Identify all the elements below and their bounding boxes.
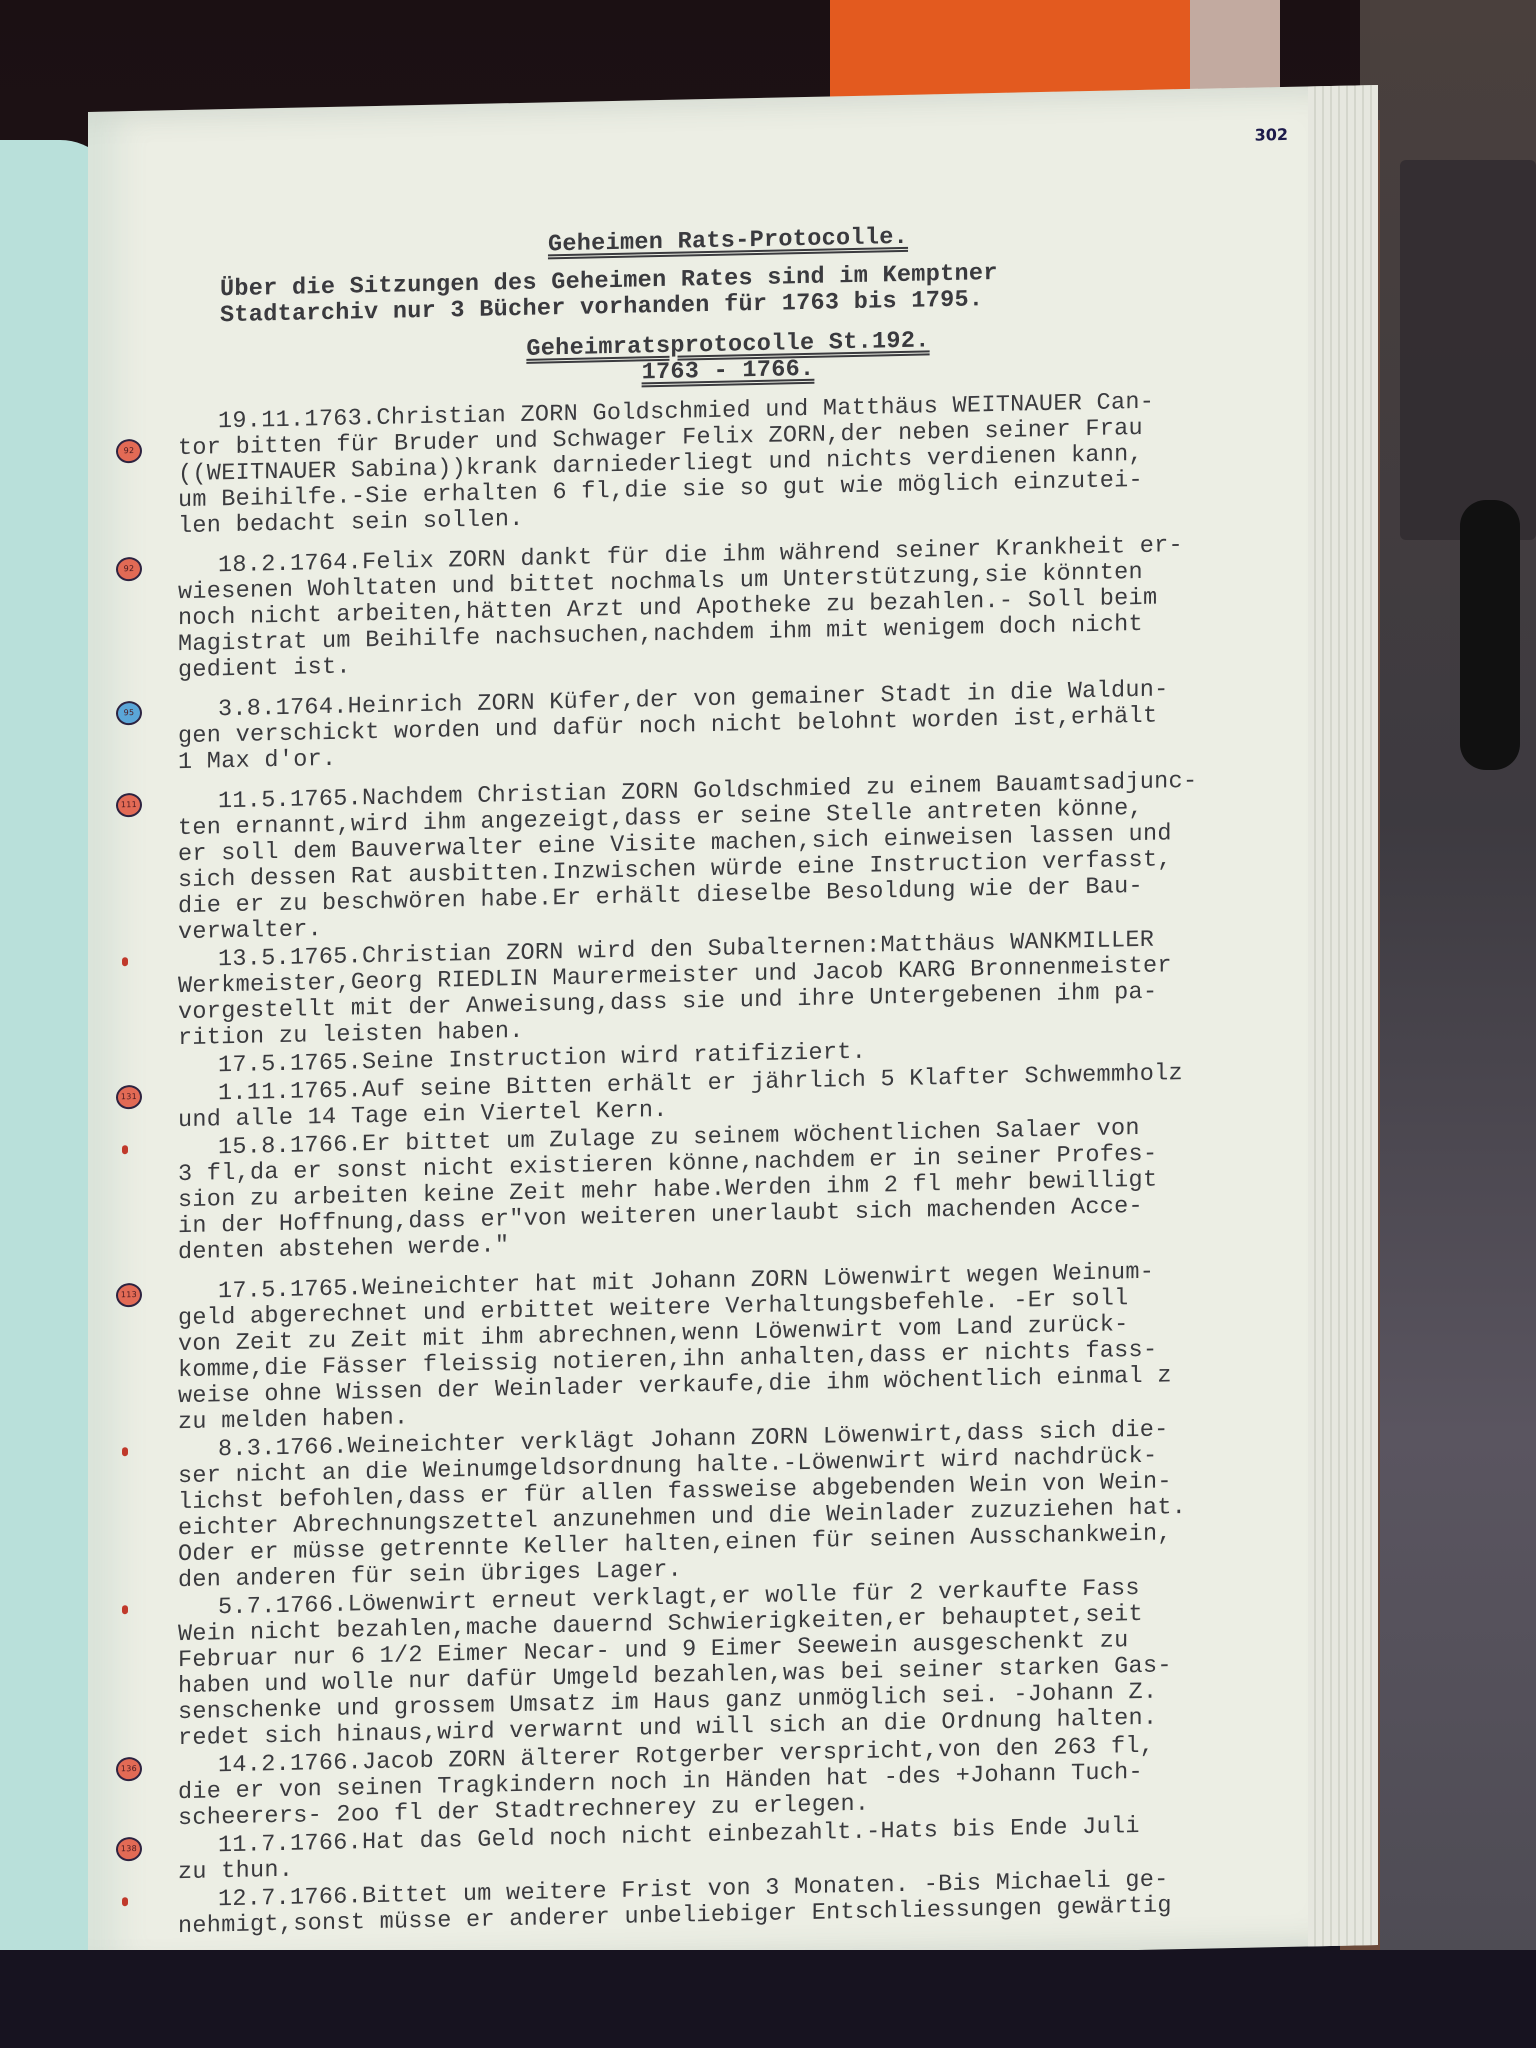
protocol-entry: 9219.11.1763.Christian ZORN Goldschmied … [178,387,1278,540]
protocol-entry: 953.8.1764.Heinrich ZORN Küfer,der von g… [178,675,1278,776]
background-chair [1400,160,1536,540]
margin-dot-icon [122,1897,128,1906]
margin-circle-marker-icon: 111 [116,793,142,818]
page-number: 302 [1255,125,1288,145]
margin-circle-marker-icon: 131 [116,1085,142,1110]
protocol-entry: 11111.5.1765.Nachdem Christian ZORN Gold… [178,767,1278,946]
margin-circle-marker-icon: 92 [116,439,142,464]
intro-paragraph: Über die Sitzungen des Geheimen Rates si… [220,260,1040,329]
margin-circle-marker-icon: 136 [116,1757,142,1782]
document-title: Geheimen Rats-Protocolle. [178,217,1278,266]
document-body: Geheimen Rats-Protocolle. Über die Sitzu… [178,217,1278,1940]
page-stack-edges [1308,85,1378,1946]
entries-list: 9219.11.1763.Christian ZORN Goldschmied … [178,387,1278,1940]
bottom-shadow [0,1950,1536,2048]
protocol-entry: 5.7.1766.Löwenwirt erneut verklagt,er wo… [178,1573,1278,1752]
margin-circle-marker-icon: 138 [116,1837,142,1862]
protocol-entry: 11317.5.1765.Weineichter hat mit Johann … [178,1257,1278,1436]
protocol-entry: 8.3.1766.Weineichter verklägt Johann ZOR… [178,1415,1278,1594]
background-object [1460,500,1520,770]
margin-dot-icon [122,1605,128,1614]
protocol-entry: 9218.2.1764.Felix ZORN dankt für die ihm… [178,531,1278,684]
margin-dot-icon [122,1145,128,1154]
margin-circle-marker-icon: 113 [116,1283,142,1308]
document-page: 302 Geheimen Rats-Protocolle. Über die S… [88,85,1378,1972]
protocol-entry: 15.8.1766.Er bittet um Zulage zu seinem … [178,1113,1278,1266]
margin-circle-marker-icon: 92 [116,557,142,582]
margin-dot-icon [122,957,128,966]
protocol-entry: 13.5.1765.Christian ZORN wird den Subalt… [178,925,1278,1052]
margin-circle-marker-icon: 95 [116,701,142,726]
margin-dot-icon [122,1447,128,1456]
